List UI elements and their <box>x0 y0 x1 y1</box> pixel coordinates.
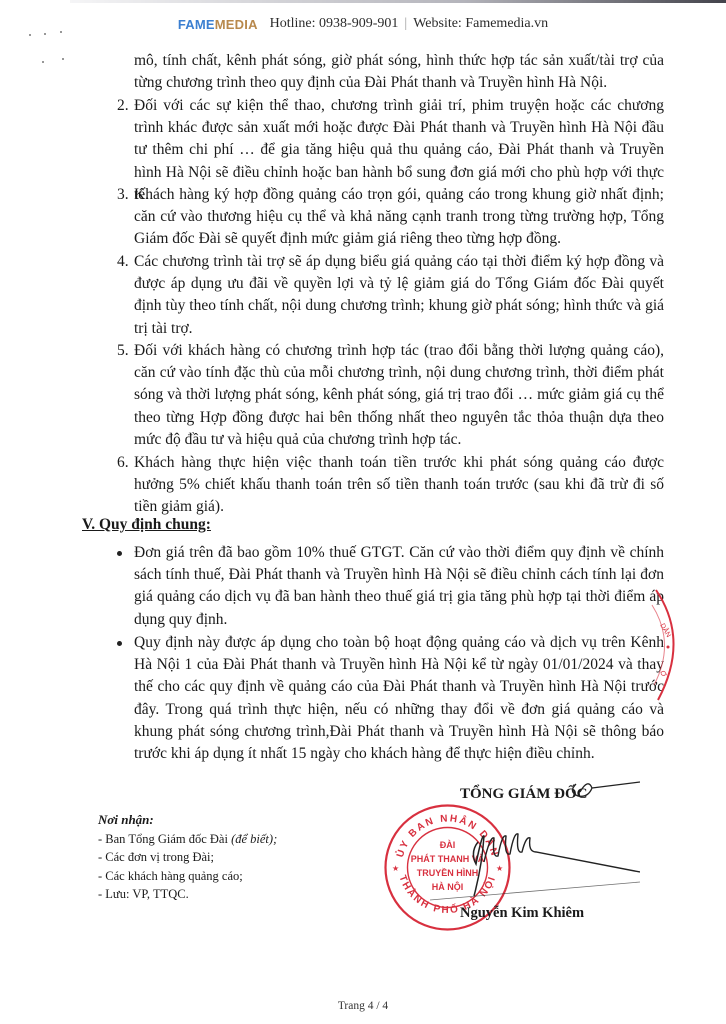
item-number: 4. <box>117 251 129 273</box>
recipient-text: - Lưu: VP, TTQC. <box>98 887 189 901</box>
bullet-icon <box>117 551 122 556</box>
signer-name: Nguyễn Kim Khiêm <box>460 905 584 922</box>
bullet-item-vat: Đơn giá trên đã bao gồm 10% thuế GTGT. C… <box>117 542 664 631</box>
item-number: 6. <box>117 452 129 474</box>
bullet-text: Quy định này được áp dụng cho toàn bộ ho… <box>134 632 664 765</box>
brand-part-media: MEDIA <box>215 17 258 32</box>
page-header: FAMEMEDIA Hotline: 0938-909-901|Website:… <box>0 12 726 36</box>
recipient-line: - Các khách hàng quảng cáo; <box>98 867 277 886</box>
scan-edge-line <box>70 0 726 3</box>
page-number: Trang 4 / 4 <box>0 1000 726 1012</box>
recipient-note: (để biết); <box>231 832 277 846</box>
brand-part-fame: FAME <box>178 17 215 32</box>
item-number: 5. <box>117 340 129 362</box>
recipient-line: - Các đơn vị trong Đài; <box>98 848 277 867</box>
item-number: 3. <box>117 184 129 206</box>
list-item-4: 4. Các chương trình tài trợ sẽ áp dụng b… <box>117 251 664 340</box>
recipients-title: Nơi nhận: <box>98 811 277 830</box>
bullet-text: Đơn giá trên đã bao gồm 10% thuế GTGT. C… <box>134 542 664 631</box>
item-text: Khách hàng thực hiện việc thanh toán tiề… <box>134 452 664 519</box>
item-text: Khách hàng ký hợp đồng quảng cáo trọn gó… <box>134 184 664 251</box>
item-text: Đối với khách hàng có chương trình hợp t… <box>134 340 664 451</box>
list-item-3: 3. Khách hàng ký hợp đồng quảng cáo trọn… <box>117 184 664 251</box>
recipient-line: - Ban Tổng Giám đốc Đài (để biết); <box>98 830 277 849</box>
hotline-text: Hotline: 0938-909-901 <box>270 16 399 31</box>
separator: | <box>404 16 407 31</box>
website-text: Website: Famemedia.vn <box>413 16 548 31</box>
item-number: 2. <box>117 95 129 117</box>
section-heading: V. Quy định chung: <box>82 516 211 534</box>
recipient-text: - Ban Tổng Giám đốc Đài <box>98 832 231 846</box>
continuation-paragraph: mô, tính chất, kênh phát sóng, giờ phát … <box>134 50 664 94</box>
bullet-item-scope: Quy định này được áp dụng cho toàn bộ ho… <box>117 632 664 765</box>
bullet-icon <box>117 641 122 646</box>
brand-logo[interactable]: FAMEMEDIA <box>178 17 258 32</box>
recipient-line: - Lưu: VP, TTQC. <box>98 885 277 904</box>
handwritten-signature <box>430 770 640 910</box>
contact-line: Hotline: 0938-909-901|Website: Famemedia… <box>270 16 548 32</box>
recipients-block: Nơi nhận: - Ban Tổng Giám đốc Đài (để bi… <box>98 811 277 904</box>
list-item-5: 5. Đối với khách hàng có chương trình hợ… <box>117 340 664 451</box>
item-text: Các chương trình tài trợ sẽ áp dụng biểu… <box>134 251 664 340</box>
stamp-edge-mark: DÂN Ộ <box>650 585 700 705</box>
list-item-6: 6. Khách hàng thực hiện việc thanh toán … <box>117 452 664 519</box>
recipient-text: - Các đơn vị trong Đài; <box>98 850 214 864</box>
recipient-text: - Các khách hàng quảng cáo; <box>98 869 243 883</box>
svg-text:★: ★ <box>392 864 399 873</box>
scan-specks <box>26 30 76 70</box>
